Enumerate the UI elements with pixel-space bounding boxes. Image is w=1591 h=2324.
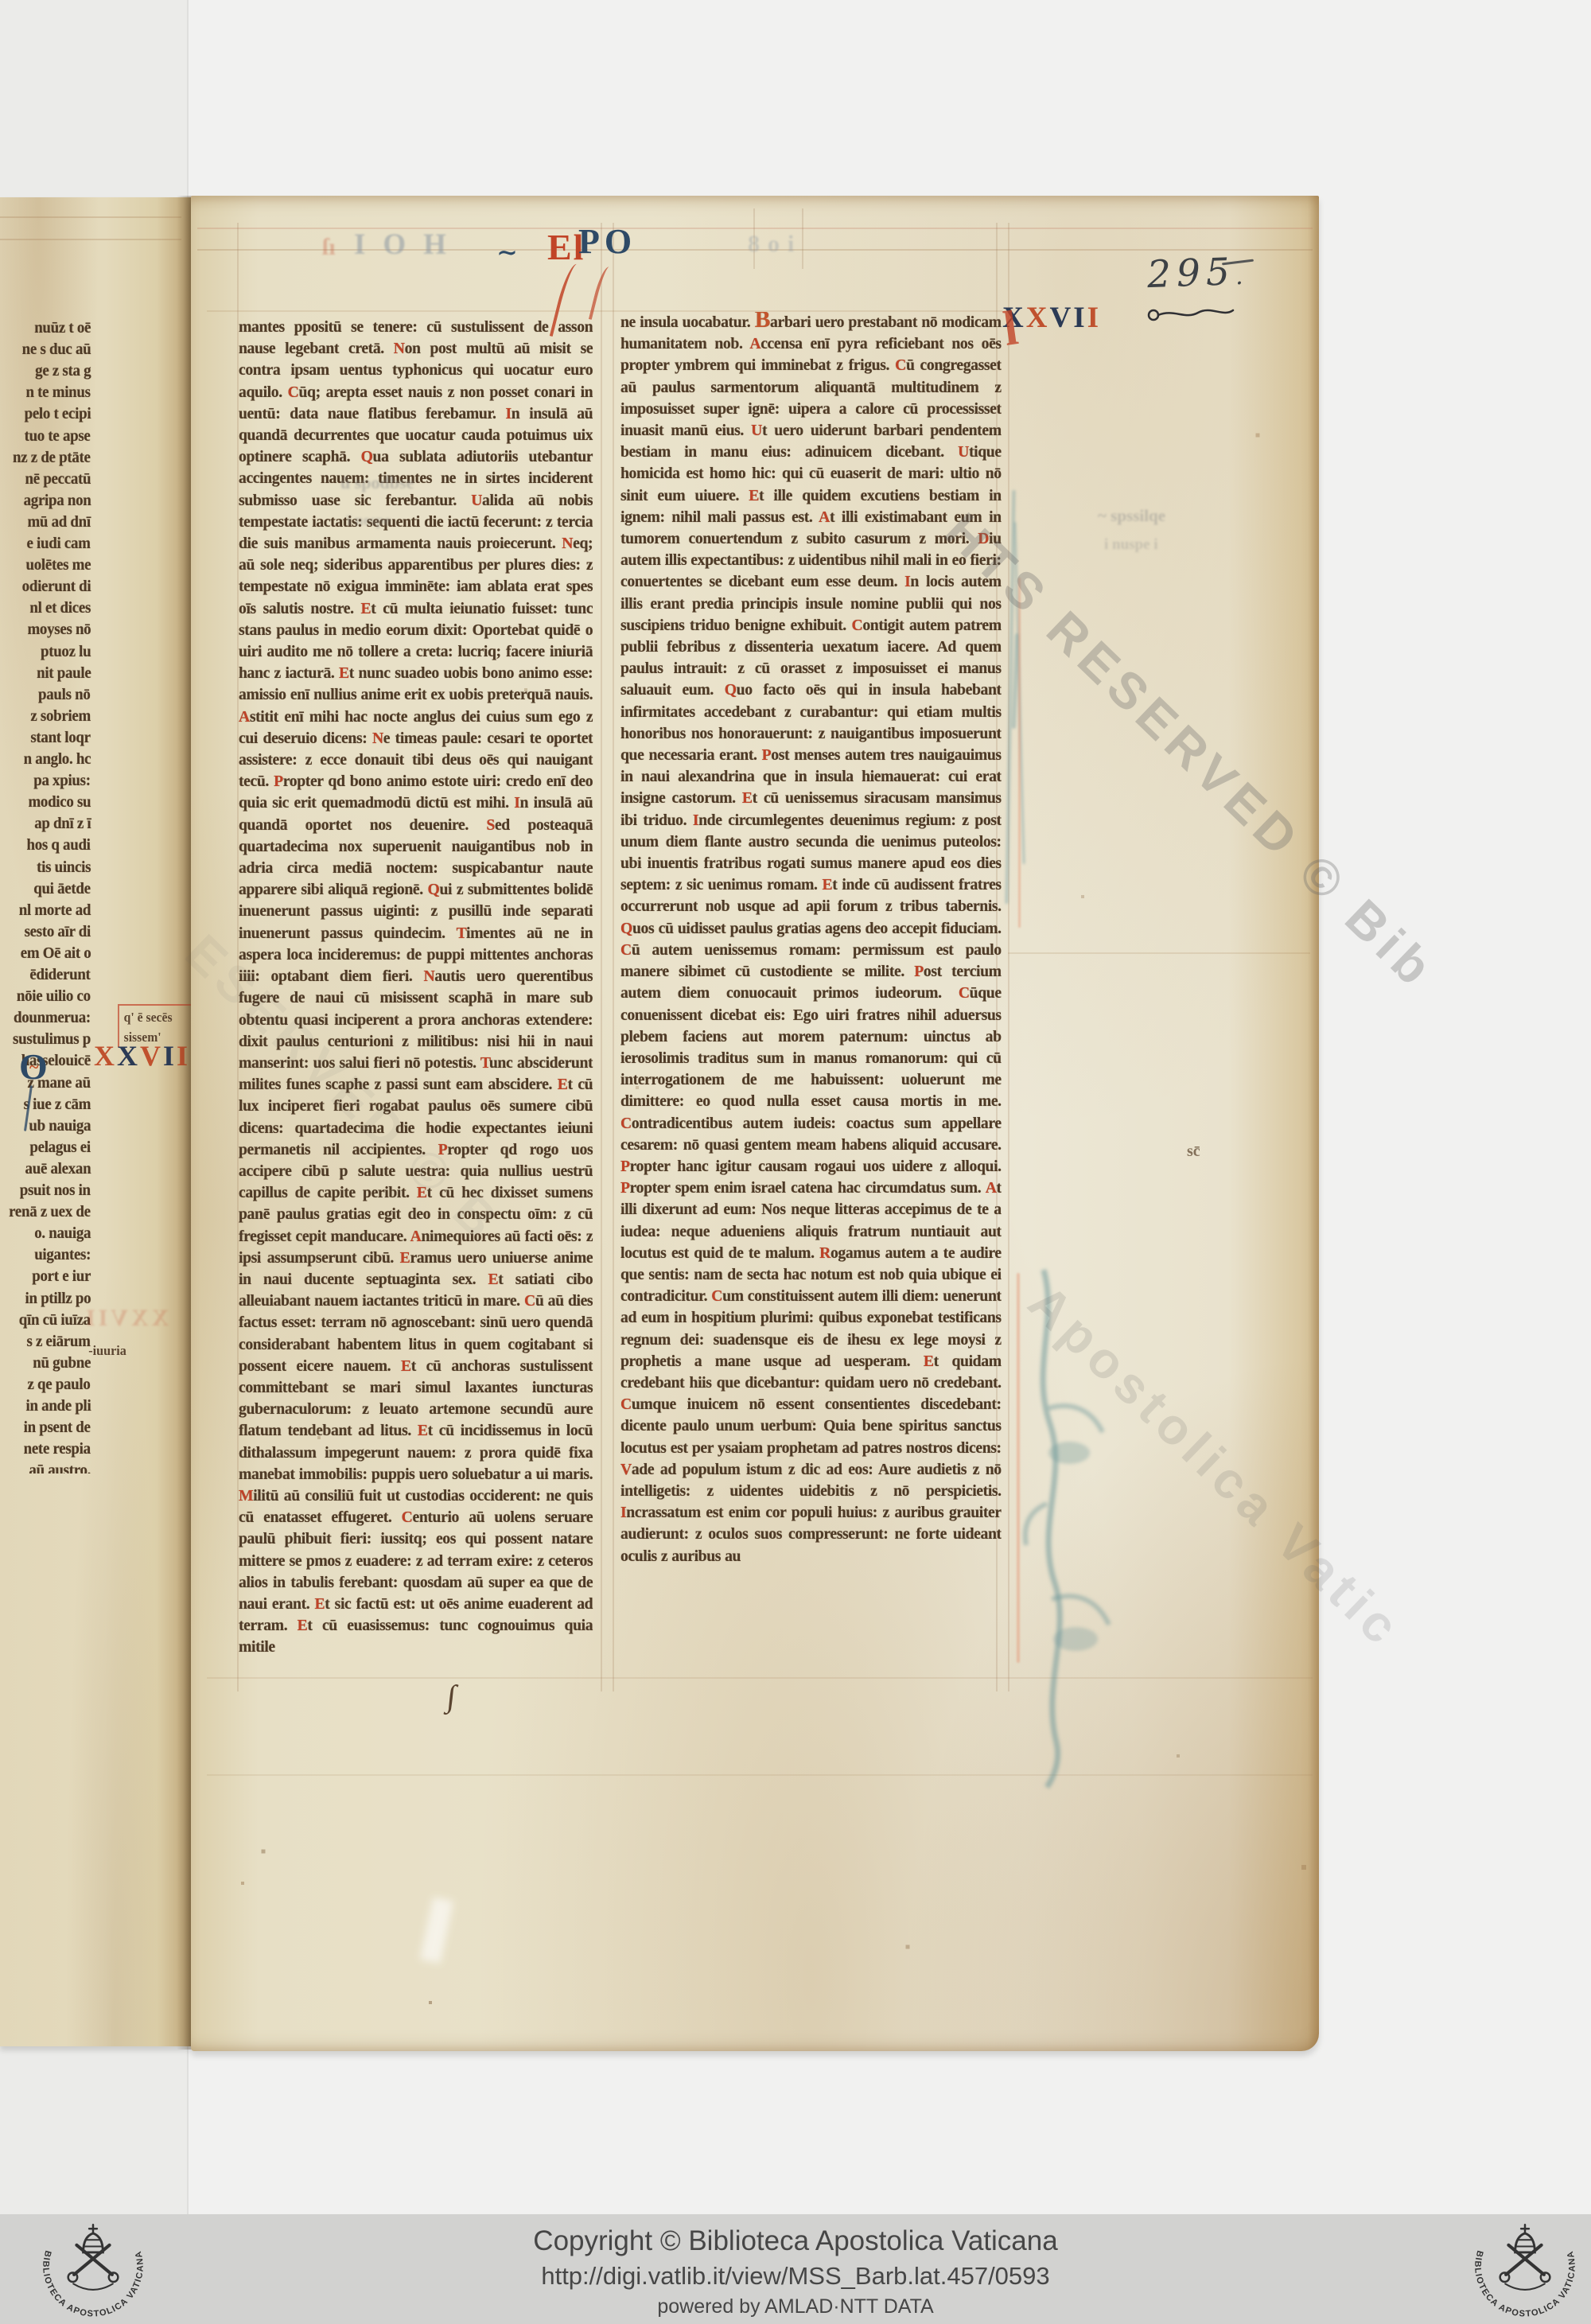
decorated-initial: O~ [19, 1045, 48, 1088]
rubricated-initial: N [423, 967, 434, 985]
folio-number-dot: . [1235, 263, 1243, 290]
ruling-line [1008, 223, 1009, 1691]
rubricated-initial: A [239, 708, 250, 726]
manuscript-line-fragment: tis uincis [37, 859, 91, 877]
numeral-letter: V [1049, 302, 1073, 334]
manuscript-line-fragment: pelo t ecipi [24, 406, 91, 423]
show-through-gloss: ~ spssilqe [1098, 506, 1165, 526]
header-ghost-right: 8oi [748, 231, 802, 258]
rubricated-initial: S [486, 816, 495, 834]
rubricated-initial: I [514, 794, 519, 812]
manuscript-line-fragment: modico su [28, 794, 91, 812]
manuscript-line-fragment: auē alexan [25, 1161, 91, 1178]
manuscript-line-fragment: nōie uilio co [17, 988, 91, 1006]
manuscript-line-fragment: n anglo. hc [23, 751, 91, 769]
margin-mark: sc̄ [1187, 1143, 1200, 1161]
manuscript-line-fragment: stant loqr [31, 730, 91, 747]
rubricated-initial: U [471, 492, 482, 509]
manuscript-line-fragment: pauls nō [38, 687, 91, 704]
show-through-gloss: ī nespe [347, 512, 391, 530]
manuscript-line-fragment: dounmerua: [14, 1010, 91, 1027]
rubricated-initial: E [400, 1249, 410, 1267]
manuscript-line-fragment: n te minus [26, 384, 91, 402]
manuscript-line-fragment: nl morte ad [19, 902, 91, 920]
rubricated-initial: A [410, 1228, 422, 1245]
running-header-blue-letters: PO [578, 221, 636, 262]
rubricated-initial: E [418, 1422, 428, 1439]
papal-tiara-keys-emblem [1500, 2225, 1550, 2290]
rubricated-initial: E [315, 1595, 325, 1613]
manuscript-line-fragment: pelagus ei [30, 1139, 91, 1157]
rubricated-initial: C [959, 984, 970, 1002]
show-through-rubric-line [1017, 1273, 1020, 1663]
parchment-specks [191, 196, 193, 197]
rubricated-initial: P [620, 1179, 630, 1197]
manuscript-line-fragment: s z eiārum [27, 1333, 91, 1351]
rubricated-initial: M [239, 1487, 253, 1505]
rubricated-initial: Q [361, 448, 373, 465]
rubricated-initial: C [620, 941, 632, 959]
rubricated-initial: A [819, 508, 830, 526]
numeral-letter: I [1073, 302, 1087, 334]
rubricated-initial: Q [428, 881, 440, 898]
manuscript-line-fragment: nl et dices [29, 600, 91, 617]
rubricated-initial: E [339, 664, 349, 682]
footer-powered-by: powered by AMLAD·NTT DATA [0, 2295, 1591, 2318]
digitized-manuscript-scan: { "scan": { "page_number": "295", "page_… [0, 0, 1591, 2324]
rubricated-initial: U [751, 422, 762, 439]
rubricated-initial: C [895, 356, 906, 374]
numeral-letter: V [140, 1040, 163, 1072]
manuscript-line-fragment: odierunt di [21, 578, 91, 596]
manuscript-line-fragment: qui āetde [34, 881, 91, 898]
rubricated-initial: R [819, 1244, 831, 1262]
rubricated-initial: N [394, 340, 405, 357]
rubricated-initial: E [924, 1353, 934, 1370]
ruling-line [0, 239, 181, 240]
header-pen-squiggle: ∼ [496, 237, 518, 267]
manuscript-line-fragment: port e iur [32, 1268, 91, 1286]
manuscript-line-fragment: nete respia [24, 1441, 91, 1458]
show-through-rubric-line [1018, 578, 1021, 928]
footer-copyright-line: Copyright © Biblioteca Apostolica Vatica… [0, 2225, 1591, 2257]
rubricated-initial: C [288, 383, 299, 401]
manuscript-line-fragment: uigantes: [34, 1247, 91, 1264]
show-through-gloss: ū spodbse [340, 473, 414, 493]
rubricated-initial: C [402, 1508, 413, 1526]
rubricated-initial: T [457, 925, 466, 942]
manuscript-line-fragment: nuūz t oē [34, 320, 91, 337]
rubricated-initial: P [620, 1158, 630, 1175]
numeral-letter: X [117, 1040, 140, 1072]
manuscript-line-fragment: nē peccatū [25, 471, 91, 489]
header-red-ghost: ſı [322, 234, 336, 261]
manuscript-line-fragment: in psent de [24, 1419, 91, 1437]
manuscript-line-fragment: qīn cū iuīza [19, 1312, 91, 1329]
facing-page-text-column: nuūz t oēne s duc aūge z sta gn te minus… [0, 320, 94, 1473]
rubricated-initial: I [620, 1504, 626, 1521]
manuscript-line-fragment: ēdiderunt [30, 967, 91, 984]
rubricated-initial: P [274, 773, 283, 790]
rubricated-initial: I [693, 812, 698, 829]
numeral-letter: X [94, 1040, 117, 1072]
ruling-line [613, 223, 614, 1691]
manuscript-line-fragment: z sobriem [30, 708, 91, 726]
manuscript-line-fragment: e iudi cam [27, 535, 91, 553]
manuscript-line-fragment: moyses nō [27, 621, 91, 639]
numeral-letter: I [1087, 302, 1101, 334]
show-through-numeral: XXVII [83, 1305, 169, 1332]
manuscript-line-fragment: aū austro. [29, 1462, 91, 1473]
manuscript-line-fragment: ptuoz lu [41, 644, 91, 661]
rubricated-initial: C [620, 1396, 632, 1413]
manuscript-line-fragment: ne s duc aū [21, 341, 91, 359]
papal-tiara-keys-emblem [68, 2225, 119, 2290]
manuscript-line-fragment: mū ad dnī [28, 514, 91, 531]
manuscript-line-fragment: z qe paulo [28, 1376, 91, 1394]
rubricated-initial: E [558, 1076, 568, 1093]
rubricated-initial: E [401, 1357, 411, 1375]
rubricated-initial: E [298, 1617, 308, 1634]
catchword-mark: ∫ [445, 1677, 458, 1715]
manuscript-line-fragment: uolētes me [25, 557, 91, 574]
rubricated-initial: I [904, 573, 910, 590]
scan-glare-spot [420, 1897, 453, 1964]
manuscript-line-fragment: o. nauiga [34, 1225, 91, 1243]
footer-copyright-band: Copyright © Biblioteca Apostolica Vatica… [0, 2214, 1591, 2324]
ruling-line [207, 1774, 1313, 1776]
rubricated-initial: Q [620, 920, 632, 937]
ruling-line [601, 223, 602, 1691]
numeral-letter: I [163, 1040, 177, 1072]
manuscript-line-fragment: ap dnī z ī [34, 816, 91, 833]
rubricated-initial: I [505, 405, 511, 422]
rubricated-initial: E [361, 600, 371, 617]
manuscript-line-fragment: hos q audi [27, 837, 91, 854]
manuscript-line-fragment: ge z sta g [35, 363, 91, 380]
numeral-letter: X [1026, 302, 1050, 334]
facing-page-fragment: nuūz t oēne s duc aūge z sta gn te minus… [0, 197, 191, 2046]
rubricated-initial: N [562, 535, 573, 552]
manuscript-line-fragment: agripa non [23, 492, 91, 510]
manuscript-line-fragment: sesto aīr di [25, 924, 91, 941]
show-through-gloss: i nuspe i [1104, 536, 1158, 554]
manuscript-line-fragment: psuit nos in [20, 1182, 91, 1200]
manuscript-line-fragment: nū gubne [33, 1355, 91, 1372]
manuscript-line-fragment: renā z uex de [9, 1204, 91, 1221]
ruling-line [0, 216, 181, 218]
rubricated-initial: T [480, 1054, 489, 1072]
footer-url: http://digi.vatlib.it/view/MSS_Barb.lat.… [0, 2262, 1591, 2291]
chapter-numeral-flourish [1147, 306, 1236, 323]
vatican-library-logo-left: BIBLIOTECA APOSTOLICA VATICANA [30, 2218, 156, 2323]
rubricated-initial: E [488, 1271, 499, 1288]
margin-correction-note: -iuuria [88, 1343, 126, 1359]
manuscript-line-fragment: s iue z cām [23, 1096, 91, 1114]
rubricated-initial: B [755, 312, 770, 333]
initial-red-filigree: ~ [29, 1057, 38, 1077]
rubricated-initial: Q [725, 681, 737, 699]
running-header-show-through: IOH [354, 228, 464, 262]
rubricated-initial: E [749, 487, 759, 504]
manuscript-line-fragment: nit paule [37, 665, 91, 683]
rubricated-initial: A [986, 1179, 997, 1197]
manuscript-line-fragment: pa xpius: [33, 773, 91, 790]
rubricated-initial: C [620, 1115, 632, 1132]
manuscript-line-fragment: in ptillz po [25, 1290, 91, 1308]
manuscript-line-fragment: nz z de ptāte [13, 450, 91, 467]
text-column-2: ne insula uocabatur. Barbari uero presta… [620, 312, 1002, 1677]
rubricated-initial: P [914, 963, 924, 980]
rubricated-initial: E [742, 789, 753, 807]
rubricated-initial: C [711, 1287, 722, 1305]
manuscript-line-fragment: ub nauiga [29, 1118, 91, 1135]
vatican-library-logo-right: BIBLIOTECA APOSTOLICA VATICANA [1462, 2218, 1588, 2323]
rubricated-initial: A [749, 335, 760, 352]
manuscript-line-fragment: tuo te apse [25, 428, 91, 446]
rubricated-initial: C [851, 617, 862, 634]
folio-number: 295. [1146, 250, 1243, 297]
rubricated-initial: C [524, 1292, 535, 1310]
manuscript-line-fragment: em Oē ait o [20, 945, 91, 963]
rubricated-initial: U [958, 443, 969, 461]
ruling-line [1008, 952, 1310, 954]
rubricated-initial: V [620, 1461, 632, 1478]
chapter-numeral-left-page: XXVII [94, 1039, 190, 1072]
rubricated-initial: E [823, 876, 833, 893]
rubricated-initial: N [372, 730, 383, 747]
manuscript-line-fragment: in ande pli [25, 1398, 91, 1415]
rubricated-initial: P [762, 746, 772, 764]
